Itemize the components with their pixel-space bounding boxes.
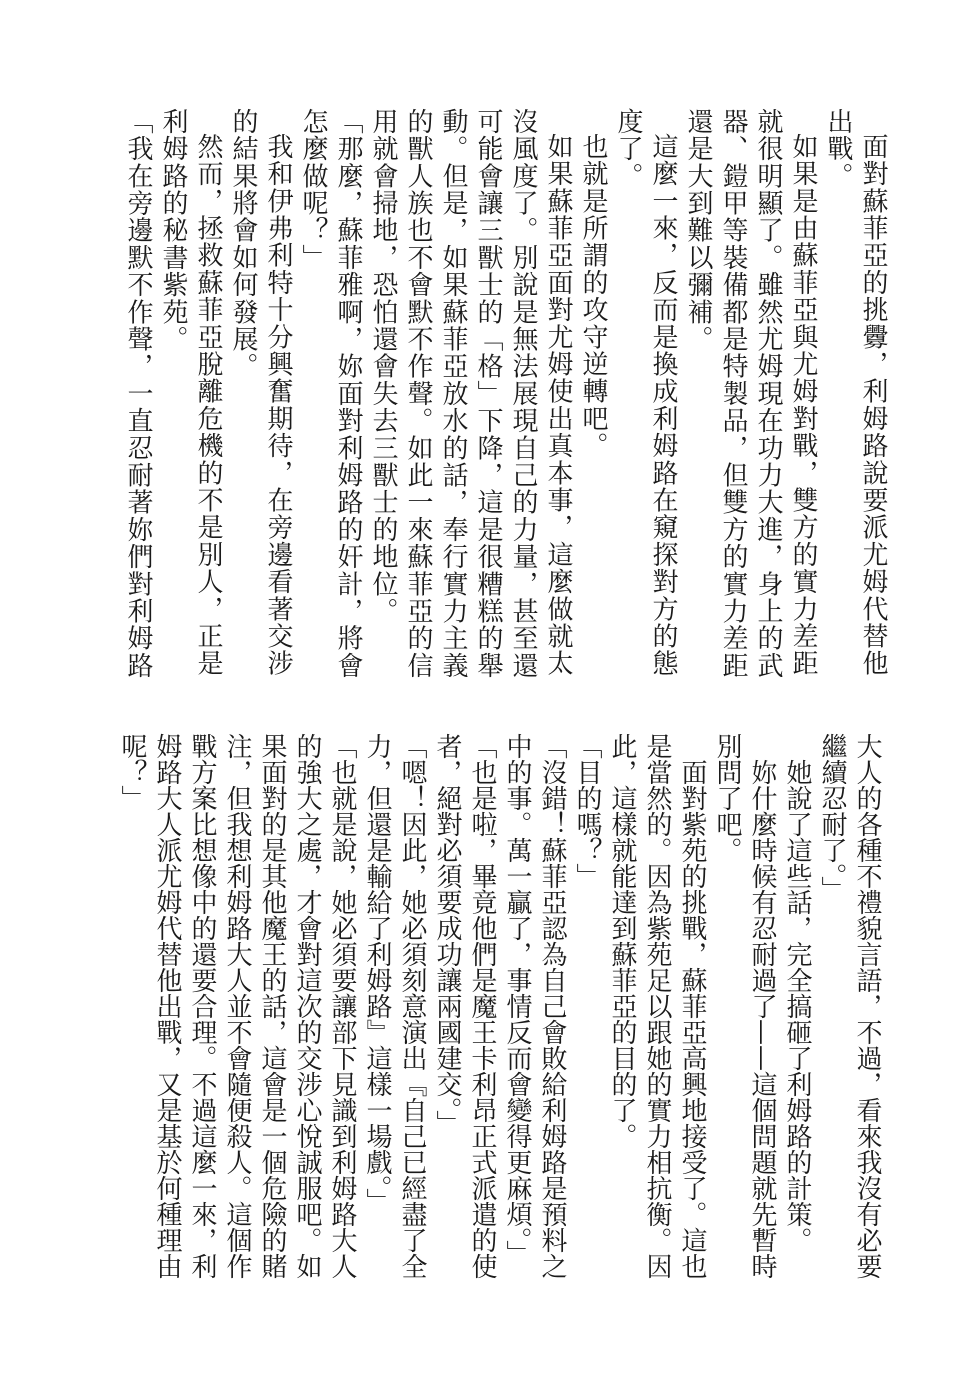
text-block-bottom: 大人的各種不禮貌言語，不過，看來我沒有必要繼續忍耐了。」她說了這些話，完全搞砸了… (114, 733, 884, 1281)
text-column: 怎麼做呢？」 (295, 108, 330, 683)
text-column: 動。但是，如果蘇菲亞放水的話，奉行實力主義 (435, 108, 470, 683)
text-column: 利姆路的秘書紫苑。 (155, 108, 190, 683)
text-column: 此，這樣就能達到蘇菲亞的目的了。 (604, 733, 639, 1281)
text-column: 「我在旁邊默不作聲，一直忍耐著妳們對利姆路 (120, 108, 155, 683)
text-column: 面對蘇菲亞的挑釁，利姆路說要派尤姆代替他 (855, 108, 890, 683)
text-column: 的結果將會如何發展。 (225, 108, 260, 683)
text-block-top: 面對蘇菲亞的挑釁，利姆路說要派尤姆代替他出戰。如果是由蘇菲亞與尤姆對戰，雙方的實… (120, 108, 890, 683)
text-column: 姆路大人派尤姆代替他出戰，又是基於何種理由 (149, 733, 184, 1281)
text-column: 「也就是說，她必須要讓部下見識到利姆路大人 (324, 733, 359, 1281)
text-column: 戰方案比想像中的還要合理。不過這麼一來，利 (184, 733, 219, 1281)
text-column: 中的事。萬一贏了，事情反而會變得更麻煩。」 (499, 733, 534, 1281)
text-column: 大人的各種不禮貌言語，不過，看來我沒有必要 (849, 733, 884, 1281)
text-column: 注，但我想利姆路大人並不會隨便殺人。這個作 (219, 733, 254, 1281)
text-column: 也就是所謂的攻守逆轉吧。 (575, 108, 610, 683)
text-column: 還是大到難以彌補。 (680, 108, 715, 683)
book-page: 面對蘇菲亞的挑釁，利姆路說要派尤姆代替他出戰。如果是由蘇菲亞與尤姆對戰，雙方的實… (0, 0, 980, 1393)
text-column: 如果是由蘇菲亞與尤姆對戰，雙方的實力差距 (785, 108, 820, 683)
text-column: 她說了這些話，完全搞砸了利姆路的計策。 (779, 733, 814, 1281)
text-column: 面對紫苑的挑戰，蘇菲亞高興地接受了。這也 (674, 733, 709, 1281)
text-column: 然而，拯救蘇菲亞脫離危機的不是別人，正是 (190, 108, 225, 683)
text-column: 用就會掃地，恐怕還會失去三獸士的地位。 (365, 108, 400, 683)
text-column: 我和伊弗利特十分興奮期待，在旁邊看著交涉 (260, 108, 295, 683)
text-column: 出戰。 (820, 108, 855, 683)
text-column: 的強大之處，才會對這次的交涉心悅誠服吧。如 (289, 733, 324, 1281)
text-column: 呢？」 (114, 733, 149, 1281)
text-column: 力，但還是輸給了利姆路』這樣一場戲。」 (359, 733, 394, 1281)
text-column: 是當然的。因為紫苑足以跟她的實力相抗衡。因 (639, 733, 674, 1281)
text-column: 的獸人族也不會默不作聲。如此一來蘇菲亞的信 (400, 108, 435, 683)
text-column: 「那麼，蘇菲雅啊，妳面對利姆路的奸計，將會 (330, 108, 365, 683)
text-column: 「也是啦，畢竟他們是魔王卡利昂正式派遣的使 (464, 733, 499, 1281)
text-column: 度了。 (610, 108, 645, 683)
text-column: 者，絕對必須要成功讓兩國建交。」 (429, 733, 464, 1281)
text-column: 「嗯！因此，她必須刻意演出『自己已經盡了全 (394, 733, 429, 1281)
text-column: 妳什麼時候有忍耐過了——這個問題就先暫時 (744, 733, 779, 1281)
text-column: 果面對的是其他魔王的話，這會是一個危險的賭 (254, 733, 289, 1281)
text-column: 沒風度了。別說是無法展現自己的力量，甚至還 (505, 108, 540, 683)
text-column: 器、鎧甲等裝備都是特製品，但雙方的實力差距 (715, 108, 750, 683)
text-column: 繼續忍耐了。」 (814, 733, 849, 1281)
text-column: 如果蘇菲亞面對尤姆使出真本事，這麼做就太 (540, 108, 575, 683)
text-column: 別問了吧。 (709, 733, 744, 1281)
text-column: 「目的嗎？」 (569, 733, 604, 1281)
text-column: 可能會讓三獸士的「格」下降，這是很糟糕的舉 (470, 108, 505, 683)
text-column: 這麼一來，反而是換成利姆路在窺探對方的態 (645, 108, 680, 683)
text-column: 就很明顯了。雖然尤姆現在功力大進，身上的武 (750, 108, 785, 683)
text-column: 「沒錯！蘇菲亞認為自己會敗給利姆路是預料之 (534, 733, 569, 1281)
